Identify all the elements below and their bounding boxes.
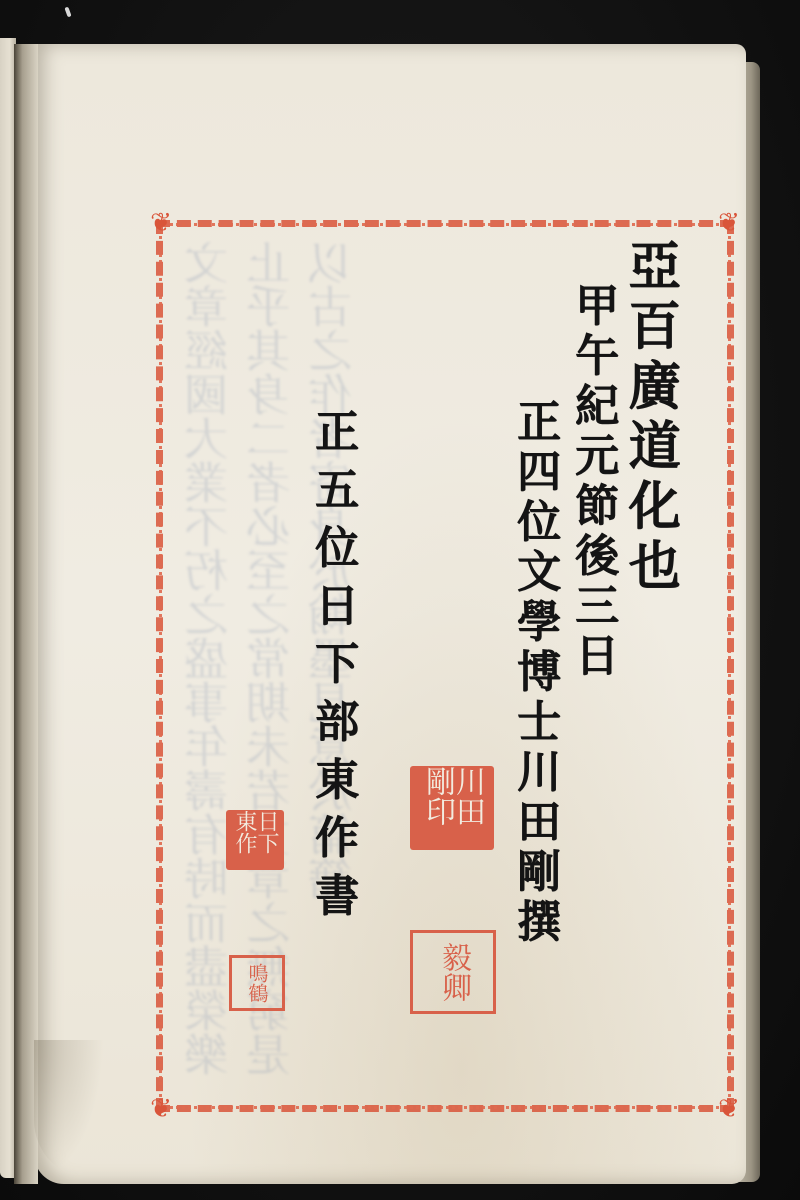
calligraphy-column-author-signature: 正四位文學博士川田剛撰 [502, 398, 566, 948]
calligrapher-art-name-seal: 鳴鶴 [229, 955, 285, 1011]
book-gutter [14, 44, 38, 1184]
leaf-ornament-icon: ❦ [714, 208, 744, 238]
leaf-ornament-icon: ❦ [146, 1094, 176, 1124]
calligraphy-column-calligrapher-signature: 正五位日下部東作書 [300, 408, 364, 930]
leaf-ornament-icon: ❦ [714, 1094, 744, 1124]
author-courtesy-name-seal: 毅卿 [410, 930, 496, 1014]
book-photograph: 文章經國大業不朽之盛事年壽有時而盡榮樂止乎其身二者必至之常期未若文章之無窮是以古… [0, 0, 800, 1200]
leaf-ornament-icon: ❦ [146, 208, 176, 238]
calligrapher-name-seal: 日下東作 [226, 810, 284, 870]
author-name-seal: 川田剛印 [410, 766, 494, 850]
calligraphy-column-date: 甲午紀元節後三日 [560, 282, 624, 682]
dust-speck [64, 7, 71, 18]
